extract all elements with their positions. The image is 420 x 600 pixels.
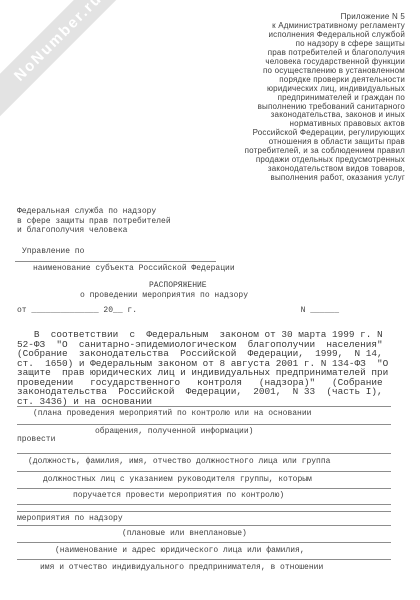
- caption-basis-2: обращения, полученной информации): [95, 427, 253, 437]
- text-provesti: провести: [17, 435, 55, 445]
- document-page: NoNumber.ru Приложение N 5к Администрати…: [0, 0, 420, 600]
- annex-header: Приложение N 5к Административному реглам…: [245, 13, 405, 183]
- agency-line: в сфере защиты прав потребителей: [17, 217, 171, 227]
- department-label: Управление по: [22, 247, 84, 257]
- department-fill-line: [15, 261, 216, 262]
- fill-line-blank-2: [17, 511, 391, 512]
- date-number-row: от ______________ 20__ г. N ______: [17, 306, 391, 316]
- fill-line-blank-1: [17, 504, 391, 505]
- order-title: РАСПОРЯЖЕНИЕ: [149, 281, 207, 291]
- caption-official-1: (должность, фамилия, имя, отчество должн…: [28, 457, 330, 467]
- caption-official-3: поручается провести мероприятия по контр…: [73, 491, 284, 501]
- fill-line-type: [17, 525, 391, 526]
- fill-line-official-3: [17, 488, 391, 489]
- caption-basis-1: (плана проведения мероприятий по контрол…: [33, 409, 311, 419]
- fill-line-basis-2: [17, 424, 391, 425]
- fill-line-entity-1: [17, 542, 391, 543]
- agency-line: и благополучия человека: [17, 226, 171, 236]
- fill-line-official-2: [17, 471, 391, 472]
- legal-basis-paragraph: В соответствии с Федеральным законом от …: [17, 330, 388, 406]
- caption-type: (плановые или внеплановые): [122, 529, 247, 539]
- number-field: N ______: [301, 306, 339, 316]
- order-subtitle: о проведении мероприятия по надзору: [80, 291, 248, 301]
- fill-line-basis-1: [17, 406, 391, 407]
- fill-line-entity-2: [17, 559, 391, 560]
- watermark-text: NoNumber.ru: [11, 0, 106, 84]
- caption-official-2: должностных лиц с указанием руководителя…: [43, 475, 312, 485]
- watermark-banner: NoNumber.ru: [0, 0, 146, 125]
- text-meropriyatiya: мероприятия по надзору: [17, 514, 123, 524]
- fill-line-official-1: [17, 453, 391, 454]
- caption-entity-2: имя и отчество индивидуального предприни…: [40, 563, 323, 573]
- department-caption: наименование субъекта Российской Федерац…: [33, 264, 235, 274]
- agency-name-block: Федеральная служба по надзорув сфере защ…: [17, 207, 171, 236]
- paragraph-line: ст. 3436) и на основании: [17, 397, 388, 407]
- annex-line: выполнения работ, оказания услуг: [245, 174, 405, 183]
- date-field: от ______________ 20__ г.: [17, 306, 137, 316]
- agency-line: Федеральная служба по надзору: [17, 207, 171, 217]
- caption-entity-1: (наименование и адрес юридического лица …: [55, 546, 305, 556]
